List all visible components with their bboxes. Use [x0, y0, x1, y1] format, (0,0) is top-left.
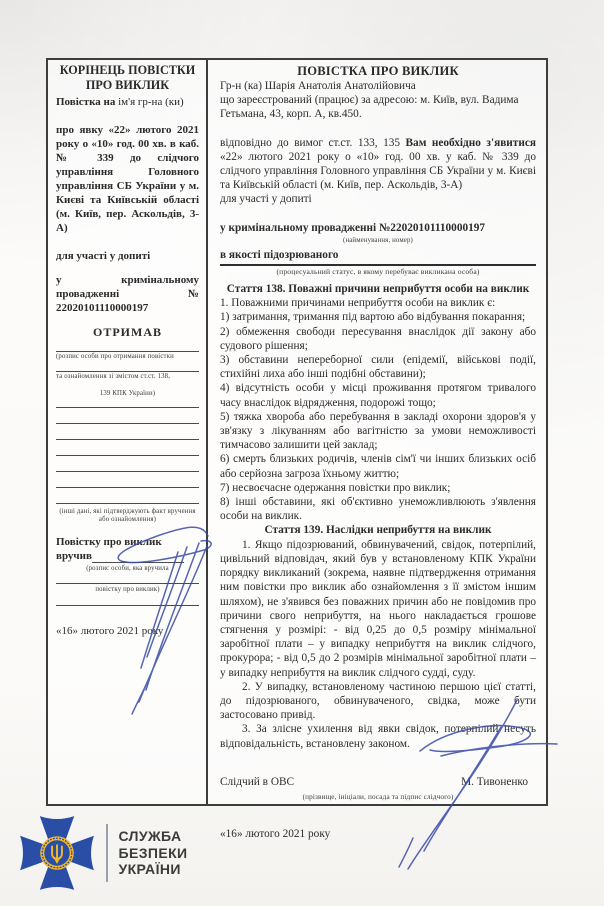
- article-139-title: Стаття 139. Наслідки неприбуття на викли…: [220, 523, 536, 537]
- stub-caption-receipt-2: та ознайомлення зі змістом ст.ст. 138,: [56, 373, 199, 382]
- blank-line: [56, 399, 199, 408]
- summons-addressee-address: що зареєстрований (працює) за адресою: м…: [220, 93, 536, 121]
- investigator-name: М. Тивоненко: [461, 775, 528, 789]
- spacer: [56, 109, 199, 123]
- blank-line: [56, 408, 199, 424]
- logo-line-1: СЛУЖБА: [119, 828, 188, 845]
- sbu-emblem-icon: [16, 812, 98, 894]
- summons-column: ПОВІСТКА ПРО ВИКЛИК Гр-н (ка) Шарія Анат…: [208, 60, 546, 804]
- investigator-label: Слідчий в ОВС: [220, 775, 294, 789]
- stub-received-label: ОТРИМАВ: [56, 325, 199, 339]
- spacer: [220, 207, 536, 221]
- stub-appearance-paragraph: про явку «22» лютого 2021 року о «10» го…: [56, 123, 199, 235]
- article-138-title: Стаття 138. Поважні причини неприбуття о…: [220, 282, 536, 296]
- article-138-item: 1) затримання, тримання під вартою або в…: [220, 310, 536, 324]
- article-138-item: 3) обставини непереборної сили (епідемії…: [220, 353, 536, 381]
- summons-appearance-paragraph: відповідно до вимог ст.ст. 133, 135 Вам …: [220, 136, 536, 193]
- blank-line: [56, 573, 199, 584]
- blank-line: [56, 424, 199, 440]
- investigator-caption: (прізвище, ініціали, посада та підпис сл…: [220, 793, 536, 802]
- spacer: [56, 235, 199, 249]
- spacer: [220, 122, 536, 136]
- article-138-item: 5) тяжка хвороба або перебування в закла…: [220, 410, 536, 453]
- article-138-item: 7) несвоєчасне одержання повістки про ви…: [220, 481, 536, 495]
- blank-line: [56, 595, 199, 606]
- handed-signature-blank: [92, 551, 184, 563]
- stub-handed-line: Повістку про виклик вручив: [56, 535, 199, 563]
- spacer: [56, 263, 199, 273]
- logo-divider: [106, 824, 108, 882]
- summons-purpose: для участі у допиті: [220, 192, 536, 206]
- stub-caption-other-data: (інші дані, які підтверджують факт вруче…: [56, 508, 199, 525]
- stub-name-label: Повістка на: [56, 96, 115, 108]
- blank-line: [56, 440, 199, 456]
- stub-caption-receipt-3: 139 КПК України): [56, 390, 199, 399]
- logo-line-2: БЕЗПЕКИ: [119, 845, 188, 862]
- stub-handed-bold: Повістку про виклик: [56, 535, 199, 549]
- stub-purpose: для участі у допиті: [56, 249, 199, 263]
- spacer: [56, 315, 199, 325]
- article-139-paragraph: 1. Якщо підозрюваний, обвинувачений, сві…: [220, 538, 536, 680]
- appearance-requirement: Вам необхідно з'явитися: [406, 137, 536, 149]
- sbu-logo-text: СЛУЖБА БЕЗПЕКИ УКРАЇНИ: [119, 828, 188, 878]
- stub-case-number: у кримінальному провадженні № 2202010111…: [56, 273, 199, 315]
- summons-document-table: КОРІНЕЦЬ ПОВІСТКИ ПРО ВИКЛИК Повістка на…: [46, 58, 548, 806]
- stub-column: КОРІНЕЦЬ ПОВІСТКИ ПРО ВИКЛИК Повістка на…: [48, 60, 208, 804]
- appearance-post: «22» лютого 2021 року о «10» год. 00 хв.…: [220, 151, 536, 191]
- stub-caption-handed-2: повістку про виклик): [56, 586, 199, 595]
- article-138-item: 2) обмеження свободи пересування внаслід…: [220, 325, 536, 353]
- summons-addressee-name: Гр-н (ка) Шарія Анатолія Анатолійовича: [220, 79, 536, 93]
- case-number-caption: (найменування, номер): [220, 237, 536, 246]
- stub-handed-rest: вручив: [56, 550, 92, 562]
- article-138-item: 4) відсутність особи у місці проживання …: [220, 381, 536, 409]
- summons-title: ПОВІСТКА ПРО ВИКЛИК: [220, 63, 536, 79]
- blank-line: [56, 472, 199, 488]
- appearance-pre: відповідно до вимог ст.ст. 133, 135: [220, 137, 406, 149]
- investigator-signature-row: Слідчий в ОВС М. Тивоненко: [220, 775, 536, 789]
- stub-name-rest: ім'я гр-на (ки): [115, 96, 183, 108]
- signature-blank-line: [56, 362, 199, 372]
- summons-case-number: у кримінальному провадженні №22020101110…: [220, 221, 536, 235]
- article-139-paragraph: 3. За злісне ухилення від явки свідок, п…: [220, 722, 536, 750]
- article-138-intro: 1. Поважними причинами неприбуття особи …: [220, 296, 536, 310]
- stub-caption-handed-1: (розпис особи, яка вручила: [56, 565, 199, 574]
- sbu-logo: СЛУЖБА БЕЗПЕКИ УКРАЇНИ: [16, 812, 187, 894]
- stub-name-line: Повістка на ім'я гр-на (ки): [56, 95, 199, 109]
- blank-line: [56, 488, 199, 504]
- article-138-item: 6) смерть близьких родичів, членів сім'ї…: [220, 452, 536, 480]
- article-139-paragraph: 2. У випадку, встановленому частиною пер…: [220, 680, 536, 723]
- signature-blank-line: [56, 339, 199, 352]
- stub-title: КОРІНЕЦЬ ПОВІСТКИ ПРО ВИКЛИК: [56, 63, 199, 93]
- article-138-item: 8) інші обставини, які об'єктивно унемож…: [220, 495, 536, 523]
- summons-status: в якості підозрюваного: [220, 248, 536, 265]
- stub-date: «16» лютого 2021 року: [56, 624, 199, 638]
- logo-line-3: УКРАЇНИ: [119, 861, 188, 878]
- summons-date: «16» лютого 2021 року: [220, 827, 536, 841]
- stub-caption-receipt-1: (розпис особи про отримання повістки: [56, 353, 199, 362]
- blank-line: [56, 456, 199, 472]
- status-caption: (процесуальний статус, в якому перебуває…: [220, 268, 536, 277]
